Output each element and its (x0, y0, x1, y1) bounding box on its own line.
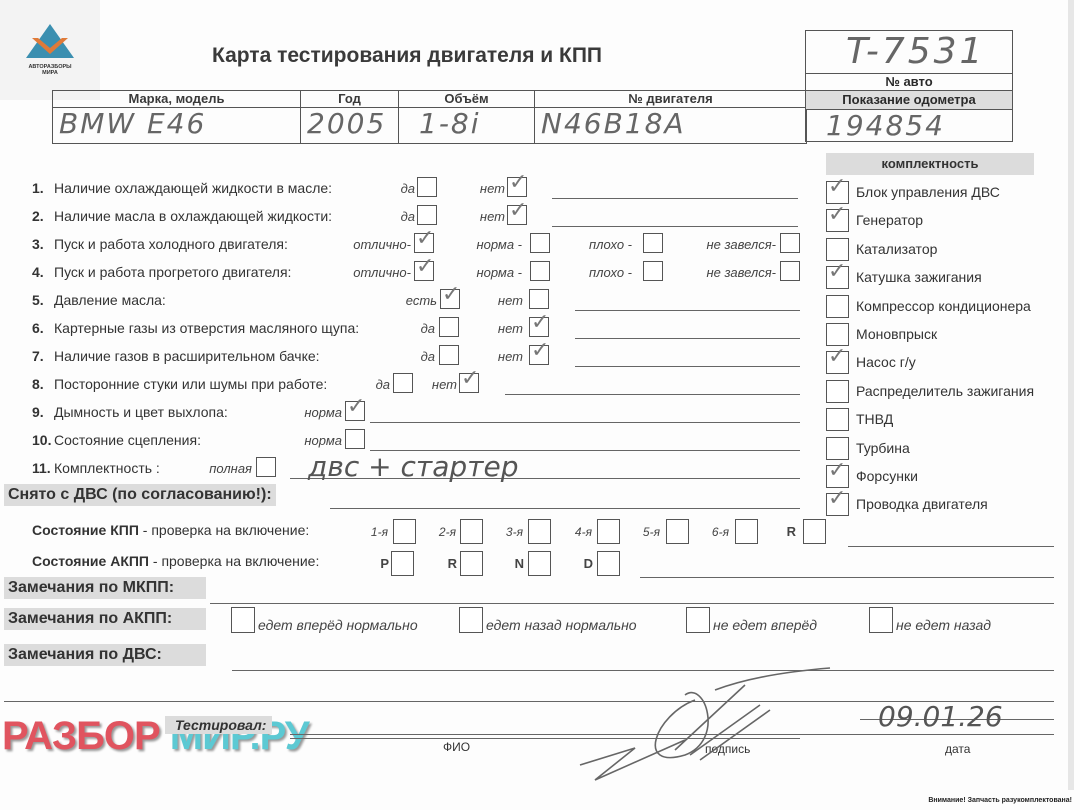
scan-edge (1068, 0, 1074, 790)
check-3-option-label: плохо - (589, 237, 632, 252)
kit-item-label: Катализатор (856, 241, 937, 257)
kit-checkbox[interactable] (826, 181, 849, 204)
kpp-gear-checkbox[interactable] (393, 519, 416, 544)
check-question-4: 4.Пуск и работа прогретого двигателя: (32, 264, 291, 280)
check-4-checkbox[interactable] (780, 261, 800, 281)
akpp-gear-checkbox[interactable] (597, 551, 620, 576)
check-1-notes-line[interactable] (552, 198, 798, 199)
year-value[interactable]: 2005 (307, 107, 386, 141)
check-8-option-label: да (376, 377, 390, 392)
kpp-gear-checkbox[interactable] (597, 519, 620, 544)
check-3-option-label: не завелся- (706, 237, 776, 252)
check-6-checkbox[interactable] (529, 317, 549, 337)
remarks-akpp-section: Замечания по АКПП: (4, 608, 206, 630)
kpp-state-label: Состояние КПП - проверка на включение: (32, 522, 309, 538)
check-8-checkbox[interactable] (393, 373, 413, 393)
check-7-option-label: да (421, 349, 435, 364)
check-10-option-label: норма (304, 433, 342, 448)
engine-number-cell: № двигателя N46B18A (535, 91, 806, 143)
kit-item-label: ТНВД (856, 411, 893, 427)
page-title: Карта тестирования двигателя и КПП (212, 44, 602, 68)
check-question-2: 2.Наличие масла в охлаждающей жидкости: (32, 208, 332, 224)
auto-number-label: № авто (806, 73, 1012, 90)
date-caption: дата (945, 742, 970, 756)
akpp-gear-label: D (584, 556, 593, 571)
check-8-notes-line[interactable] (505, 394, 800, 395)
akpp-state-label: Состояние АКПП - проверка на включение: (32, 553, 319, 569)
logo-mountain-icon (26, 24, 74, 62)
check-5-checkbox[interactable] (529, 289, 549, 309)
check-9-checkbox[interactable] (345, 401, 365, 421)
check-11-option-label: полная (209, 461, 252, 476)
check-2-checkbox[interactable] (507, 205, 527, 225)
check-6-notes-line[interactable] (575, 338, 800, 339)
kit-checkbox[interactable] (826, 465, 849, 488)
kit-checkbox[interactable] (826, 238, 849, 261)
check-3-checkbox[interactable] (414, 233, 434, 253)
check-4-option-label: отлично- (353, 265, 411, 280)
check-2-checkbox[interactable] (417, 205, 437, 225)
kit-item-label: Катушка зажигания (856, 269, 982, 285)
akpp-remark-checkbox[interactable] (459, 607, 483, 633)
akpp-remark-checkbox[interactable] (231, 607, 255, 633)
kpp-gear-label: 5-я (643, 525, 660, 539)
auto-number-box: T-7531 № авто Показание одометра 194854 (805, 30, 1013, 142)
signature-scribble (575, 660, 835, 785)
check-question-9: 9.Дымность и цвет выхлопа: (32, 404, 228, 420)
kit-item-label: Моновпрыск (856, 326, 937, 342)
odometer-label: Показание одометра (806, 90, 1012, 110)
kpp-gear-checkbox[interactable] (735, 519, 758, 544)
remarks-mkpp-line[interactable] (210, 603, 1054, 604)
kit-checkbox[interactable] (826, 380, 849, 403)
check-question-7: 7.Наличие газов в расширительном бачке: (32, 348, 320, 364)
brand-model-label: Марка, модель (53, 91, 300, 108)
check-5-notes-line[interactable] (575, 310, 800, 311)
check-1-checkbox[interactable] (507, 177, 527, 197)
check-7-checkbox[interactable] (529, 345, 549, 365)
brand-model-value[interactable]: BMW E46 (59, 107, 206, 141)
check-4-option-label: плохо - (589, 265, 632, 280)
kpp-gear-label: 1-я (371, 525, 388, 539)
warning-text: Внимание! Запчасть разукомплектована! (928, 797, 1072, 804)
kpp-gear-label: 4-я (575, 525, 592, 539)
completeness-note[interactable]: двс + стартер (308, 450, 518, 483)
check-2-notes-line[interactable] (552, 226, 798, 227)
kit-checkbox[interactable] (826, 437, 849, 460)
year-label: Год (301, 91, 398, 108)
akpp-line[interactable] (640, 577, 1054, 578)
check-question-5: 5.Давление масла: (32, 292, 166, 308)
akpp-remark-label: едет назад нормально (486, 617, 637, 633)
fio-line[interactable] (290, 738, 620, 739)
akpp-gear-label: R (448, 556, 457, 571)
check-1-option-label: нет (480, 181, 505, 196)
kit-checkbox[interactable] (826, 209, 849, 232)
removed-line[interactable] (330, 508, 800, 509)
kit-item-label: Генератор (856, 212, 923, 228)
check-question-3: 3.Пуск и работа холодного двигателя: (32, 236, 288, 252)
volume-label: Объём (399, 91, 534, 108)
volume-value[interactable]: 1-8i (419, 107, 481, 141)
kpp-gear-checkbox[interactable] (528, 519, 551, 544)
check-7-checkbox[interactable] (439, 345, 459, 365)
year-cell: Год 2005 (301, 91, 399, 143)
kpp-gear-label: 6-я (712, 525, 729, 539)
check-10-checkbox[interactable] (345, 429, 365, 449)
akpp-gear-checkbox[interactable] (528, 551, 551, 576)
check-4-option-label: норма - (476, 265, 522, 280)
check-6-checkbox[interactable] (439, 317, 459, 337)
check-3-checkbox[interactable] (530, 233, 550, 253)
kpp-gear-label: 3-я (506, 525, 523, 539)
remarks-dvs-section: Замечания по ДВС: (4, 644, 206, 666)
engine-number-label: № двигателя (535, 91, 806, 108)
check-4-option-label: не завелся- (706, 265, 776, 280)
check-4-checkbox[interactable] (530, 261, 550, 281)
check-6-option-label: да (421, 321, 435, 336)
check-5-checkbox[interactable] (440, 289, 460, 309)
logo-text-line2: МИРА (0, 70, 100, 76)
vehicle-info-table: Марка, модель BMW E46 Год 2005 Объём 1-8… (52, 90, 807, 144)
company-logo: АВТОРАЗБОРЫ МИРА (0, 0, 100, 100)
check-1-checkbox[interactable] (417, 177, 437, 197)
check-11-checkbox[interactable] (256, 457, 276, 477)
kit-item-label: Форсунки (856, 468, 918, 484)
check-7-option-label: нет (498, 349, 523, 364)
akpp-remark-checkbox[interactable] (869, 607, 893, 633)
remarks-mkpp-section: Замечания по МКПП: (4, 577, 206, 599)
kit-checkbox[interactable] (826, 266, 849, 289)
akpp-gear-label: P (380, 556, 389, 571)
check-question-11: 11.Комплектность : (32, 460, 160, 476)
akpp-remark-label: не едет вперёд (713, 617, 817, 633)
kit-item-label: Насос г/у (856, 354, 916, 370)
check-3-option-label: отлично- (353, 237, 411, 252)
check-question-6: 6.Картерные газы из отверстия масляного … (32, 320, 359, 336)
kpp-gear-checkbox[interactable] (666, 519, 689, 544)
check-question-1: 1.Наличие охлаждающей жидкости в масле: (32, 180, 332, 196)
akpp-gear-checkbox[interactable] (460, 551, 483, 576)
kpp-gear-label: 2-я (439, 525, 456, 539)
check-1-option-label: да (401, 181, 415, 196)
kpp-line[interactable] (848, 546, 1054, 547)
check-3-checkbox[interactable] (643, 233, 663, 253)
check-question-8: 8.Посторонние стуки или шумы при работе: (32, 376, 327, 392)
kit-item-label: Блок управления ДВС (856, 184, 1000, 200)
check-4-checkbox[interactable] (643, 261, 663, 281)
kit-checkbox[interactable] (826, 408, 849, 431)
check-9-option-label: норма (304, 405, 342, 420)
kit-item-label: Распределитель зажигания (856, 383, 1034, 399)
check-9-notes-line[interactable] (370, 422, 800, 423)
akpp-remark-label: едет вперёд нормально (258, 617, 418, 633)
akpp-gear-checkbox[interactable] (391, 551, 414, 576)
check-6-option-label: нет (498, 321, 523, 336)
fio-caption: ФИО (443, 740, 470, 754)
kit-header: комплектность (826, 153, 1034, 175)
brand-model-cell: Марка, модель BMW E46 (53, 91, 301, 143)
kit-checkbox[interactable] (826, 323, 849, 346)
check-7-notes-line[interactable] (575, 366, 800, 367)
odometer-value[interactable]: 194854 (826, 109, 945, 142)
kit-checkbox[interactable] (826, 295, 849, 318)
check-2-option-label: да (401, 209, 415, 224)
check-2-option-label: нет (480, 209, 505, 224)
check-3-option-label: норма - (476, 237, 522, 252)
check-8-option-label: нет (432, 377, 457, 392)
tested-by-label: Тестировал: (165, 716, 272, 734)
akpp-remark-label: не едет назад (896, 617, 991, 633)
volume-cell: Объём 1-8i (399, 91, 535, 143)
engine-number-value[interactable]: N46B18A (541, 107, 686, 141)
check-5-option-label: есть (406, 293, 437, 308)
removed-from-engine-section: Снято с ДВС (по согласованию!): (4, 484, 276, 506)
kit-item-label: Компрессор кондиционера (856, 298, 1031, 314)
check-3-checkbox[interactable] (780, 233, 800, 253)
check-5-option-label: нет (498, 293, 523, 308)
kit-item-label: Проводка двигателя (856, 496, 988, 512)
check-question-10: 10.Состояние сцепления: (32, 432, 201, 448)
auto-number-value[interactable]: T-7531 (846, 31, 985, 72)
kpp-gear-checkbox[interactable] (460, 519, 483, 544)
kit-checkbox[interactable] (826, 351, 849, 374)
akpp-gear-label: N (515, 556, 524, 571)
kit-item-label: Турбина (856, 440, 910, 456)
date-value[interactable]: 09.01.26 (878, 700, 1003, 733)
check-4-checkbox[interactable] (414, 261, 434, 281)
kpp-gear-label: R (787, 524, 796, 539)
check-8-checkbox[interactable] (459, 373, 479, 393)
kit-checkbox[interactable] (826, 493, 849, 516)
akpp-remark-checkbox[interactable] (686, 607, 710, 633)
kpp-gear-checkbox[interactable] (803, 519, 826, 544)
